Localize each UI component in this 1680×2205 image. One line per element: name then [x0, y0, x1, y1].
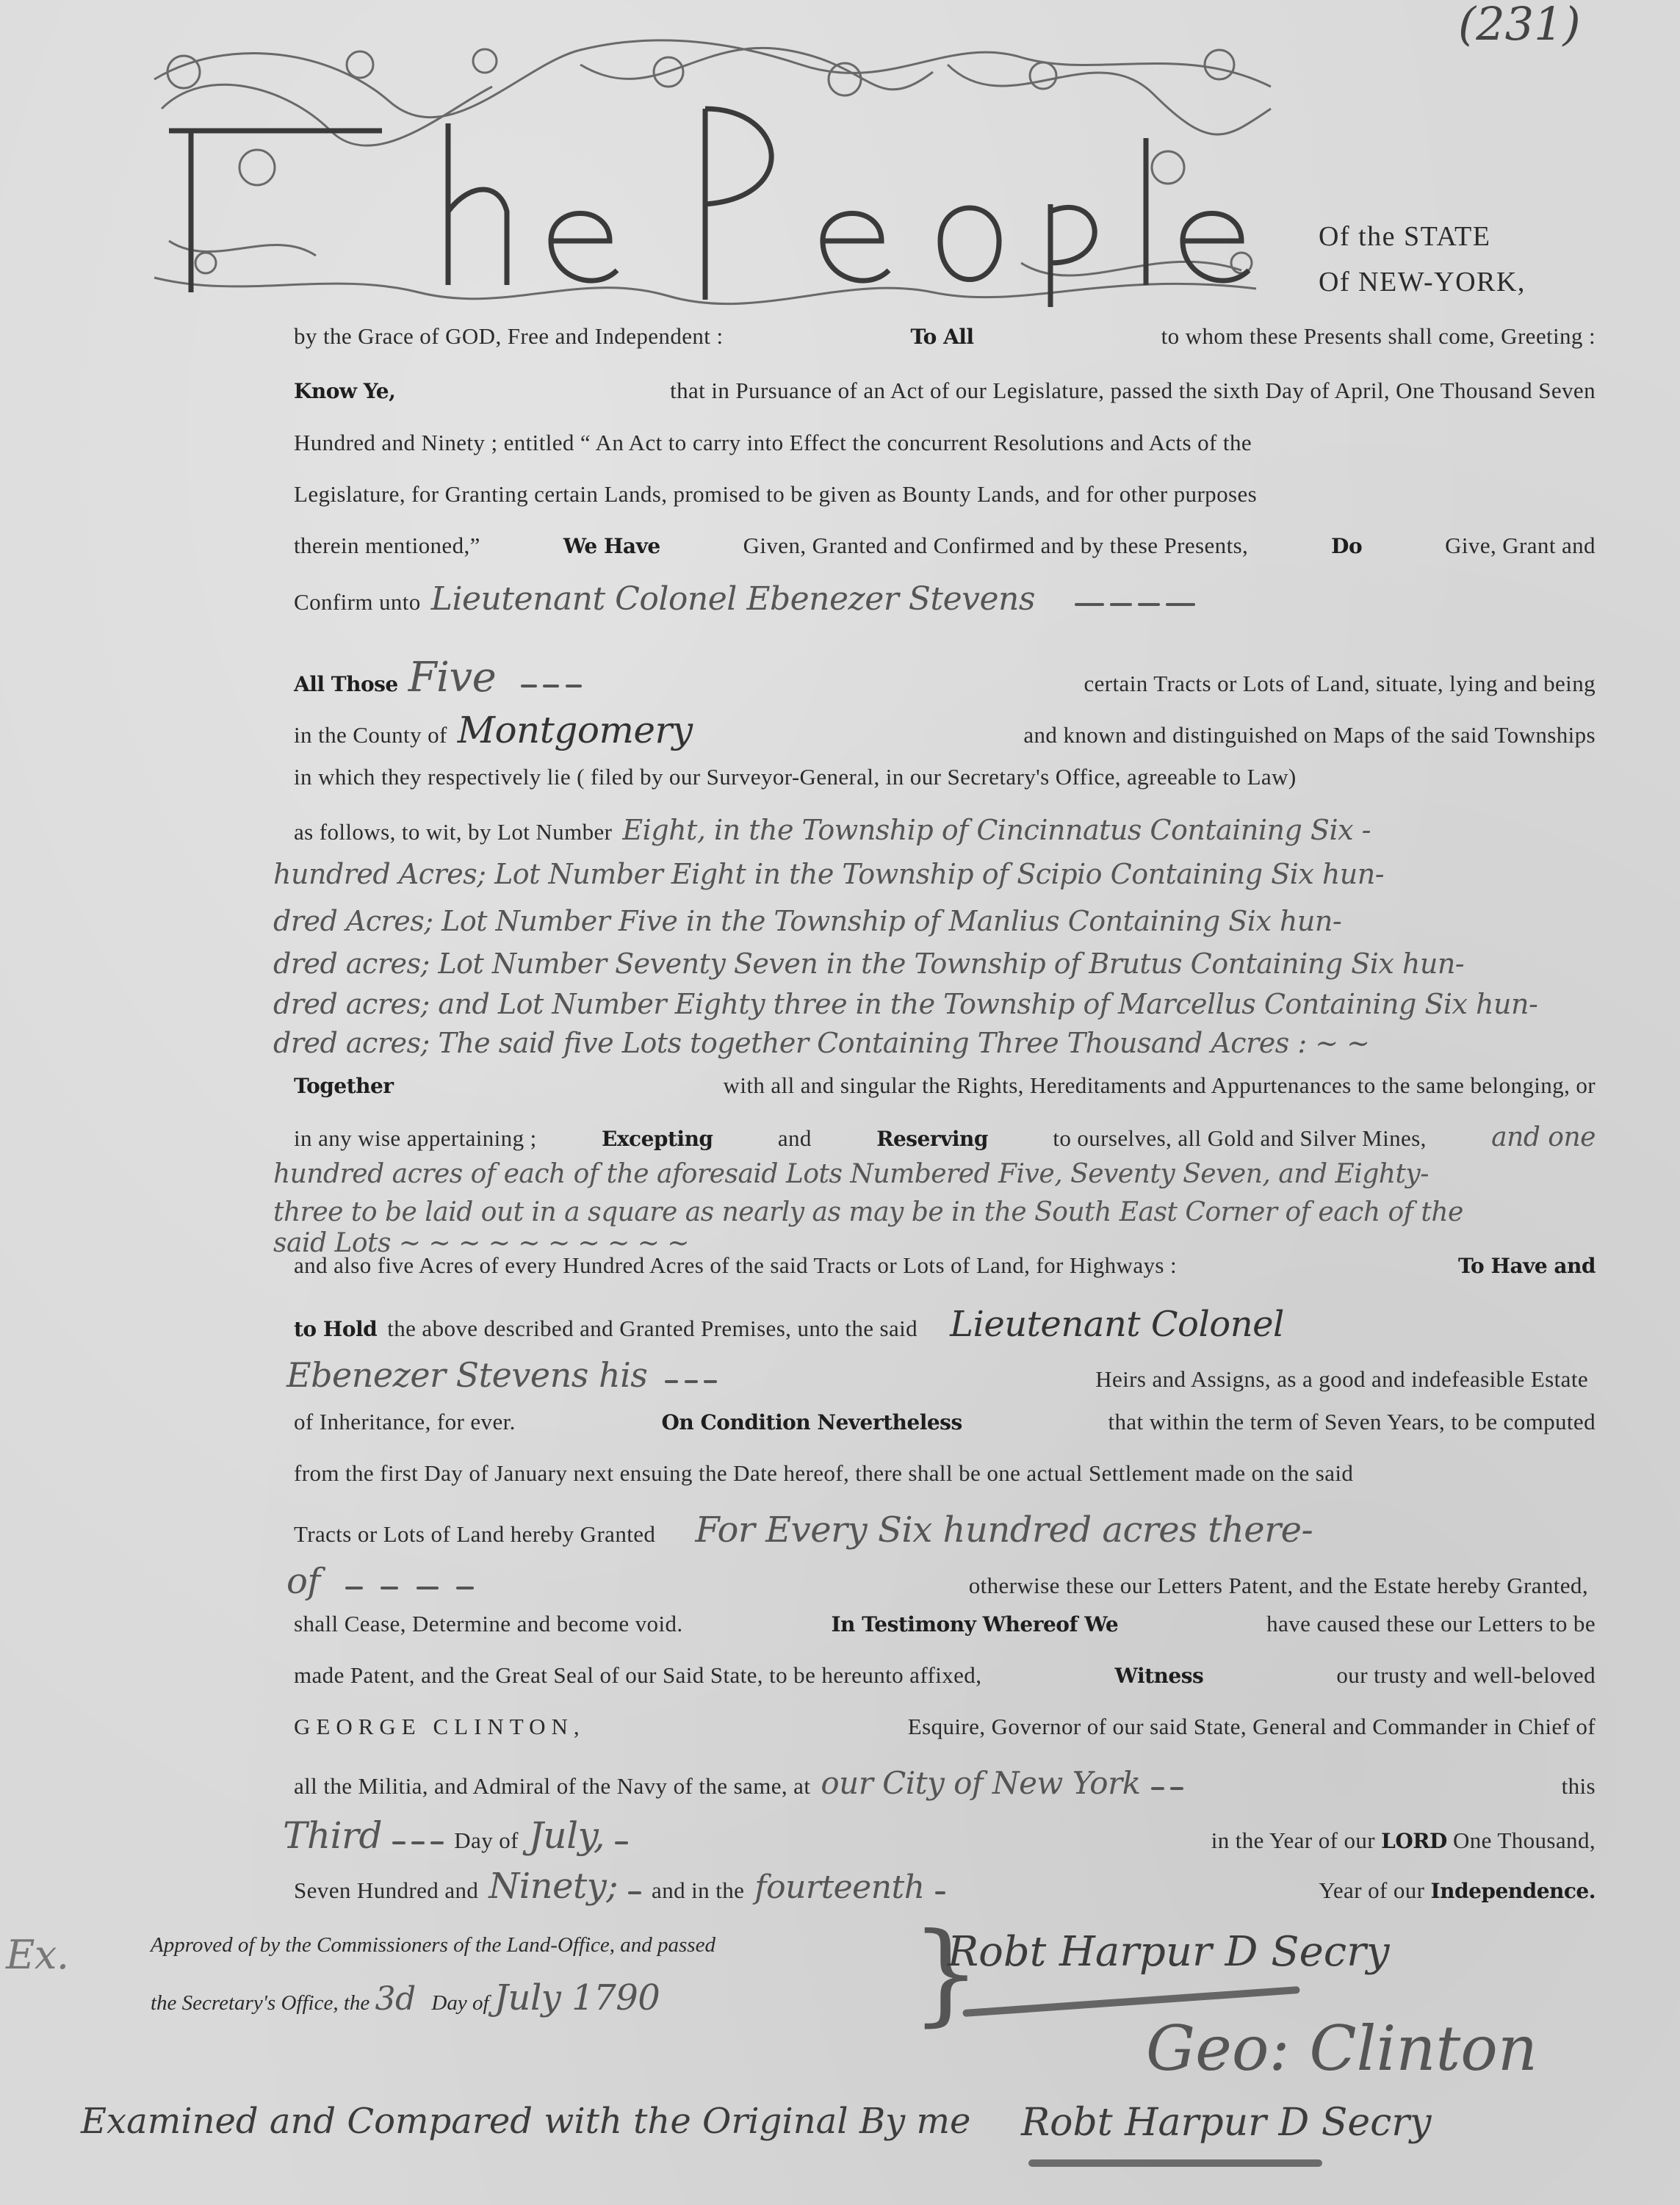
- signature-underline: [1028, 2159, 1322, 2167]
- text-segment: Heirs and Assigns, as a good and indefea…: [735, 1366, 1588, 1393]
- text-segment: from the first Day of January next ensui…: [294, 1460, 1353, 1487]
- text-segment: have caused these our Letters to be: [1266, 1611, 1596, 1637]
- blackletter-phrase: Together: [294, 1074, 394, 1098]
- text-line-23: Ebenezer Stevens his Heirs and Assigns, …: [286, 1355, 1588, 1395]
- text-line-33: Seven Hundred and Ninety; and in the fou…: [294, 1866, 1596, 1907]
- dash-filler: [392, 1827, 444, 1854]
- text-segment: Year of our: [1319, 1877, 1424, 1903]
- blackletter-phrase: Witness: [1115, 1664, 1204, 1688]
- text-segment: made Patent, and the Great Seal of our S…: [294, 1662, 981, 1689]
- blackletter-phrase: Independence.: [1431, 1879, 1596, 1903]
- month-value: July,: [529, 1814, 605, 1857]
- reservation-text: and one: [1491, 1122, 1596, 1152]
- text-segment: Tracts or Lots of Land hereby Granted: [294, 1521, 655, 1548]
- text-line-31: all the Militia, and Admiral of the Navy…: [294, 1765, 1596, 1801]
- ornamental-title: [140, 21, 1286, 314]
- text-line-5: therein mentioned,” We Have Given, Grant…: [294, 533, 1596, 559]
- text-segment: in the Year of our: [1211, 1827, 1375, 1853]
- text-segment: in the Year of our LORD One Thousand,: [638, 1827, 1596, 1854]
- text-segment: to whom these Presents shall come, Greet…: [1161, 323, 1596, 350]
- dash-filler: [665, 1366, 716, 1393]
- text-segment: Give, Grant and: [1445, 533, 1596, 559]
- text-segment: that within the term of Seven Years, to …: [1108, 1409, 1596, 1435]
- text-segment: Hundred and Ninety ; entitled “ An Act t…: [294, 430, 1252, 456]
- reservation-line: hundred acres of each of the aforesaid L…: [273, 1159, 1429, 1189]
- governor-name: GEORGE CLINTON,: [294, 1714, 585, 1740]
- text-line-3: Hundred and Ninety ; entitled “ An Act t…: [294, 430, 1596, 456]
- secretary-signature: Robt Harpur D Secry: [948, 1928, 1389, 1976]
- text-segment: otherwise these our Letters Patent, and …: [499, 1573, 1588, 1599]
- text-line-9: in which they respectively lie ( filed b…: [294, 764, 1596, 790]
- text-segment: Seven Hundred and: [294, 1877, 478, 1904]
- text-segment: and: [778, 1125, 812, 1152]
- independence-year-value: fourteenth: [754, 1869, 924, 1906]
- approval-date: July 1790: [494, 1977, 660, 2018]
- dash-filler: [628, 1877, 641, 1904]
- dash-filler: [615, 1827, 628, 1854]
- governor-signature: Geo: Clinton: [1146, 2013, 1537, 2085]
- text-line-16: Together with all and singular the Right…: [294, 1072, 1596, 1099]
- text-line-2: Know Ye, that in Pursuance of an Act of …: [294, 378, 1596, 404]
- day-value: Third: [283, 1814, 382, 1857]
- county-name: Montgomery: [458, 709, 693, 751]
- blackletter-phrase: to Hold: [294, 1317, 377, 1341]
- text-segment: that in Pursuance of an Act of our Legis…: [670, 378, 1596, 404]
- lot-description: Eight, in the Township of Cincinnatus Co…: [622, 814, 1371, 846]
- approval-day: 3d: [375, 1980, 416, 2018]
- blackletter-phrase: Know Ye,: [294, 379, 395, 403]
- text-segment: and in the: [652, 1877, 744, 1904]
- blackletter-phrase: Reserving: [876, 1127, 988, 1151]
- settlement-condition: For Every Six hundred acres there-: [695, 1509, 1313, 1551]
- lot-description-line: dred Acres; Lot Number Five in the Towns…: [273, 905, 1341, 937]
- text-line-22: to Hold the above described and Granted …: [294, 1304, 1596, 1345]
- lot-description-line: dred acres; and Lot Number Eighty three …: [273, 988, 1537, 1020]
- text-segment: therein mentioned,”: [294, 533, 480, 559]
- text-segment: all the Militia, and Admiral of the Navy…: [294, 1773, 810, 1800]
- text-segment: as follows, to wit, by Lot Number: [294, 819, 612, 845]
- text-line-10: as follows, to wit, by Lot Number Eight,…: [294, 814, 1596, 846]
- grantee-title: Lieutenant Colonel: [950, 1304, 1284, 1345]
- text-line-30: GEORGE CLINTON, Esquire, Governor of our…: [294, 1714, 1596, 1740]
- reservation-line: three to be laid out in a square as near…: [273, 1197, 1463, 1227]
- text-line-24: of Inheritance, for ever. On Condition N…: [294, 1409, 1596, 1435]
- blackletter-phrase: Do: [1331, 534, 1362, 558]
- text-segment: in the County of: [294, 722, 447, 748]
- text-segment: shall Cease, Determine and become void.: [294, 1611, 683, 1637]
- text-line-1: by the Grace of GOD, Free and Independen…: [294, 323, 1596, 350]
- text-segment: by the Grace of GOD, Free and Independen…: [294, 323, 723, 350]
- text-line-17: in any wise appertaining ; Excepting and…: [294, 1122, 1596, 1152]
- text-line-27: of otherwise these our Letters Patent, a…: [286, 1561, 1588, 1602]
- approval-line-1: Approved of by the Commissioners of the …: [151, 1933, 715, 1957]
- text-segment: this: [1194, 1773, 1596, 1800]
- grantee-name: Ebenezer Stevens his: [286, 1355, 647, 1395]
- lot-description-line: hundred Acres; Lot Number Eight in the T…: [273, 858, 1384, 890]
- examined-signature: Robt Harpur D Secry: [1021, 2101, 1432, 2145]
- dash-filler: [935, 1877, 945, 1904]
- text-segment: Legislature, for Granting certain Lands,…: [294, 481, 1257, 508]
- text-segment: the Secretary's Office, the: [151, 1991, 369, 2015]
- text-line-28: shall Cease, Determine and become void. …: [294, 1611, 1596, 1637]
- text-line-21: and also five Acres of every Hundred Acr…: [294, 1252, 1596, 1279]
- settlement-condition: of: [286, 1561, 320, 1602]
- grantee-name: Lieutenant Colonel Ebenezer Stevens: [431, 580, 1035, 618]
- text-segment: to ourselves, all Gold and Silver Mines,: [1053, 1125, 1427, 1152]
- approval-line-2: the Secretary's Office, the 3d Day of Ju…: [151, 1977, 660, 2018]
- state-header-line-2: Of NEW-YORK,: [1319, 266, 1526, 298]
- text-segment: Day of: [454, 1827, 519, 1854]
- text-segment: with all and singular the Rights, Heredi…: [724, 1072, 1596, 1099]
- page-number: (231): [1458, 0, 1581, 51]
- ornamental-flourish-icon: [140, 21, 1286, 314]
- text-segment: our trusty and well-beloved: [1336, 1662, 1596, 1689]
- text-segment: Confirm unto: [294, 589, 421, 616]
- text-line-26: Tracts or Lots of Land hereby Granted Fo…: [294, 1509, 1596, 1551]
- text-segment: of Inheritance, for ever.: [294, 1409, 516, 1435]
- text-segment: Day of: [431, 1991, 489, 2015]
- text-line-25: from the first Day of January next ensui…: [294, 1460, 1596, 1487]
- dash-filler: [345, 1573, 474, 1599]
- blackletter-phrase: Excepting: [602, 1127, 713, 1151]
- text-segment: Esquire, Governor of our said State, Gen…: [908, 1714, 1596, 1740]
- blackletter-phrase: On Condition Nevertheless: [662, 1410, 962, 1434]
- dash-filler: [1075, 589, 1195, 616]
- blackletter-phrase: We Have: [563, 534, 660, 558]
- margin-note: Ex.: [6, 1932, 69, 1978]
- text-segment: in which they respectively lie ( filed b…: [294, 764, 1297, 790]
- text-line-4: Legislature, for Granting certain Lands,…: [294, 481, 1596, 508]
- text-line-6: Confirm unto Lieutenant Colonel Ebenezer…: [294, 580, 1596, 618]
- state-header-line-1: Of the STATE: [1319, 220, 1490, 253]
- blackletter-phrase: To All: [911, 325, 974, 349]
- lot-count: Five: [408, 654, 497, 701]
- year-value: Ninety;: [489, 1866, 618, 1907]
- text-segment: One Thousand,: [1453, 1827, 1596, 1853]
- text-segment: the above described and Granted Premises…: [387, 1316, 917, 1342]
- blackletter-phrase: In Testimony Whereof We: [831, 1612, 1118, 1636]
- blackletter-phrase: LORD: [1381, 1829, 1447, 1853]
- text-line-32: Third Day of July, in the Year of our LO…: [283, 1814, 1596, 1857]
- text-segment: in any wise appertaining ;: [294, 1125, 537, 1152]
- blackletter-phrase: All Those: [294, 672, 398, 696]
- text-segment: Given, Granted and Confirmed and by thes…: [743, 533, 1249, 559]
- text-segment: Year of our Independence.: [956, 1877, 1596, 1904]
- text-segment: and known and distinguished on Maps of t…: [703, 722, 1596, 748]
- text-segment: and also five Acres of every Hundred Acr…: [294, 1252, 1177, 1279]
- place-name: our City of New York: [821, 1765, 1140, 1801]
- lot-description-line: dred acres; Lot Number Seventy Seven in …: [273, 948, 1464, 980]
- lot-description-line: dred acres; The said five Lots together …: [273, 1027, 1369, 1059]
- blackletter-phrase: To Have and: [1458, 1254, 1596, 1278]
- text-line-8: in the County of Montgomery and known an…: [294, 709, 1596, 751]
- dash-filler: [521, 671, 581, 697]
- dash-filler: [1151, 1773, 1183, 1800]
- text-line-29: made Patent, and the Great Seal of our S…: [294, 1662, 1596, 1689]
- text-line-7: All Those Five certain Tracts or Lots of…: [294, 654, 1596, 701]
- examined-line: Examined and Compared with the Original …: [81, 2101, 970, 2142]
- text-segment: certain Tracts or Lots of Land, situate,…: [607, 671, 1596, 697]
